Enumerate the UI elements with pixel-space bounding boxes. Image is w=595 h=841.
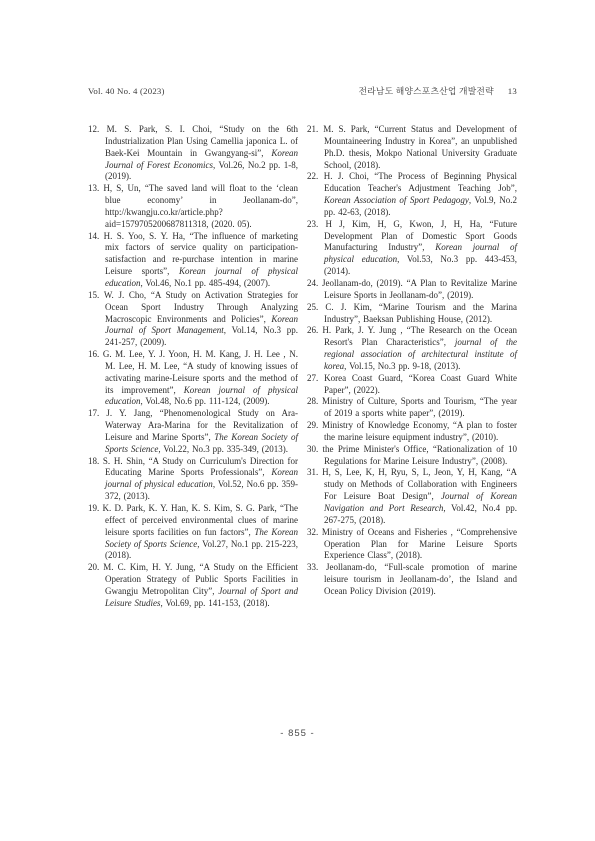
page-number: - 855 - bbox=[280, 728, 314, 739]
reference-item: 23. H J, Kim, H, G, Kwon, J, H, Ha, “Fut… bbox=[307, 219, 517, 278]
reference-item: 18. S. H. Shin, “A Study on Curriculum's… bbox=[88, 456, 298, 503]
reference-item: 16. G. M. Lee, Y. J. Yoon, H. M. Kang, J… bbox=[88, 349, 298, 408]
reference-number: 30. bbox=[307, 444, 323, 454]
reference-item: 28. Ministry of Culture, Sports and Tour… bbox=[307, 396, 517, 420]
corner-page-number: 13 bbox=[508, 86, 517, 96]
reference-text: S. H. Shin, “A Study on Curriculum's Dir… bbox=[103, 456, 298, 478]
reference-number: 17. bbox=[88, 408, 106, 418]
reference-item: 25. C. J. Kim, “Marine Tourism and the M… bbox=[307, 302, 517, 326]
reference-text: Ministry of Culture, Sports and Tourism,… bbox=[322, 396, 517, 418]
reference-text: Ministry of Knowledge Economy, “A plan t… bbox=[322, 420, 517, 442]
paper-page: { "header": { "journal_issue": "Vol. 40 … bbox=[0, 0, 595, 841]
reference-item: 14. H. S. Yoo, S. Y. Ha, “The influence … bbox=[88, 231, 298, 290]
reference-item: 32. Ministry of Oceans and Fisheries , “… bbox=[307, 527, 517, 563]
reference-text: , Vol.22, No.3 pp. 335-349, (2013). bbox=[158, 444, 288, 454]
reference-number: 13. bbox=[88, 183, 103, 193]
reference-number: 23. bbox=[307, 219, 325, 229]
reference-number: 15. bbox=[88, 290, 104, 300]
reference-text: C. J. Kim, “Marine Tourism and the Marin… bbox=[324, 302, 517, 324]
reference-text: Jeollanam-do, (2019). “A Plan to Revital… bbox=[322, 278, 517, 300]
reference-number: 18. bbox=[88, 456, 103, 466]
reference-text: Jeollanam-do, “Full-scale promotion of m… bbox=[324, 562, 517, 596]
reference-item: 33. Jeollanam-do, “Full-scale promotion … bbox=[307, 562, 517, 598]
reference-item: 21. M. S. Park, “Current Status and Deve… bbox=[307, 124, 517, 171]
reference-number: 26. bbox=[307, 325, 322, 335]
reference-item: 13. H, S, Un, “The saved land will float… bbox=[88, 183, 298, 230]
reference-number: 27. bbox=[307, 373, 324, 383]
reference-item: 20. M. C. Kim, H. Y. Jung, “A Study on t… bbox=[88, 562, 298, 609]
reference-number: 21. bbox=[307, 124, 323, 134]
page-footer: - 855 - bbox=[0, 728, 595, 739]
reference-text: W. J. Cho, “A Study on Activation Strate… bbox=[104, 290, 298, 324]
reference-item: 17. J. Y. Jang, “Phenomenological Study … bbox=[88, 408, 298, 455]
reference-text: , Vol.15, No.3 pp. 9-18, (2013). bbox=[344, 361, 460, 371]
reference-item: 26. H. Park, J. Y. Jung , “The Research … bbox=[307, 325, 517, 372]
reference-text: Korea Coast Guard, “Korea Coast Guard Wh… bbox=[324, 373, 517, 395]
references-column-left: 12. M. S. Park, S. I. Choi, “Study on th… bbox=[88, 124, 298, 610]
reference-text: the Prime Minister's Office, “Rationaliz… bbox=[323, 444, 517, 466]
reference-number: 22. bbox=[307, 171, 324, 181]
reference-text: H. J. Choi, “The Process of Beginning Ph… bbox=[324, 171, 517, 193]
reference-text: Ministry of Oceans and Fisheries , “Comp… bbox=[322, 527, 517, 561]
references-section: 12. M. S. Park, S. I. Choi, “Study on th… bbox=[88, 124, 517, 610]
reference-number: 14. bbox=[88, 231, 104, 241]
reference-number: 33. bbox=[307, 562, 326, 572]
reference-text: , Vol.69, pp. 141-153, (2018). bbox=[161, 598, 270, 608]
references-column-right: 21. M. S. Park, “Current Status and Deve… bbox=[307, 124, 517, 610]
journal-issue-label: Vol. 40 No. 4 (2023) bbox=[88, 86, 165, 96]
running-title-group: 전라남도 해양스포츠산업 개발전략 13 bbox=[359, 84, 517, 97]
reference-text: M. S. Park, S. I. Choi, “Study on the 6t… bbox=[105, 124, 298, 158]
reference-text: M. S. Park, “Current Status and Developm… bbox=[323, 124, 517, 170]
reference-number: 25. bbox=[307, 302, 325, 312]
page-header: Vol. 40 No. 4 (2023) 전라남도 해양스포츠산업 개발전략 1… bbox=[88, 84, 517, 97]
reference-item: 12. M. S. Park, S. I. Choi, “Study on th… bbox=[88, 124, 298, 183]
reference-text: , Vol.46, No.1 pp. 485-494, (2007). bbox=[141, 278, 271, 288]
reference-item: 31. H, S, Lee, K, H, Ryu, S, L, Jeon, Y,… bbox=[307, 467, 517, 526]
reference-item: 19. K. D. Park, K. Y. Han, K. S. Kim, S.… bbox=[88, 503, 298, 562]
reference-number: 28. bbox=[307, 396, 322, 406]
reference-text: , Vol.48, No.6 pp. 111-124, (2009). bbox=[141, 396, 270, 406]
running-title: 전라남도 해양스포츠산업 개발전략 bbox=[359, 84, 494, 97]
reference-number: 20. bbox=[88, 562, 103, 572]
reference-item: 29. Ministry of Knowledge Economy, “A pl… bbox=[307, 420, 517, 444]
reference-number: 31. bbox=[307, 467, 322, 477]
reference-number: 29. bbox=[307, 420, 322, 430]
reference-text: H, S, Un, “The saved land will float to … bbox=[103, 183, 298, 229]
reference-number: 19. bbox=[88, 503, 103, 513]
reference-journal-title: Korean Association of Sport Pedagogy bbox=[324, 195, 469, 205]
reference-item: 24. Jeollanam-do, (2019). “A Plan to Rev… bbox=[307, 278, 517, 302]
reference-number: 16. bbox=[88, 349, 103, 359]
reference-item: 27. Korea Coast Guard, “Korea Coast Guar… bbox=[307, 373, 517, 397]
reference-item: 30. the Prime Minister's Office, “Ration… bbox=[307, 444, 517, 468]
reference-number: 32. bbox=[307, 527, 322, 537]
reference-number: 24. bbox=[307, 278, 322, 288]
reference-item: 15. W. J. Cho, “A Study on Activation St… bbox=[88, 290, 298, 349]
reference-number: 12. bbox=[88, 124, 107, 134]
reference-item: 22. H. J. Choi, “The Process of Beginnin… bbox=[307, 171, 517, 218]
